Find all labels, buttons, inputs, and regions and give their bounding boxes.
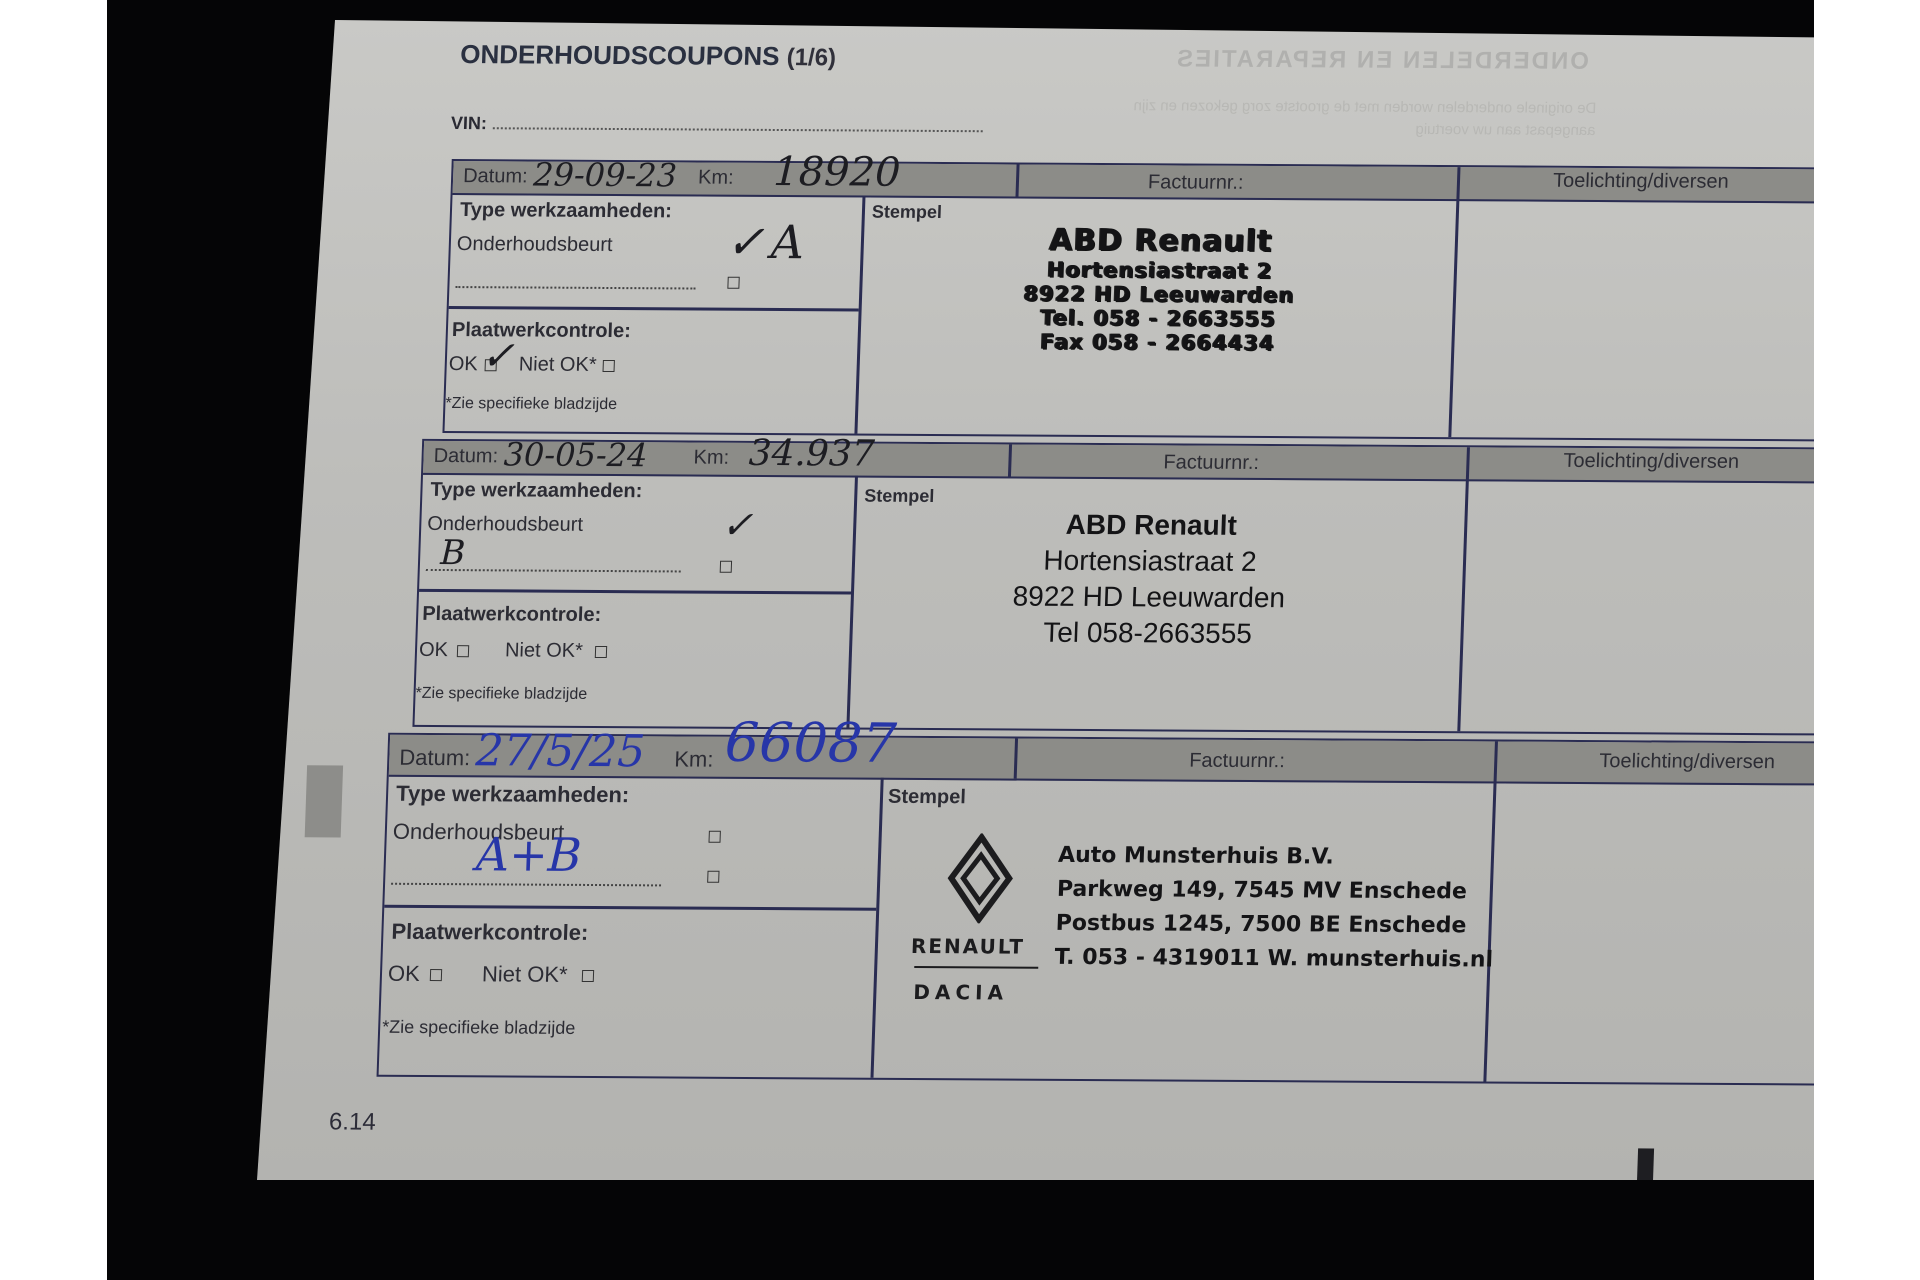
plaatwerkcontrole-label: Plaatwerkcontrole: <box>391 919 589 946</box>
stempel-label: Stempel <box>888 786 967 809</box>
ok-checkbox[interactable] <box>457 645 469 657</box>
checkbox[interactable] <box>708 831 720 843</box>
dealer-stamp: ABD Renault Hortensiastraat 2 8922 HD Le… <box>977 222 1341 355</box>
toelichting-label: Toelichting/diversen <box>1563 450 1739 474</box>
km-value: 34.937 <box>748 433 875 475</box>
niet-ok-checkbox[interactable] <box>582 970 594 982</box>
dealer-stamp: ABD Renault Hortensiastraat 2 8922 HD Le… <box>977 506 1322 652</box>
page-number: 6.14 <box>328 1108 376 1136</box>
ok-label: OK <box>388 961 421 987</box>
datum-label: Datum: <box>463 165 528 188</box>
service-coupon-3: Datum: 27/5/25 Km: 66087 Factuurnr.: Toe… <box>377 733 1814 1086</box>
checkbox[interactable] <box>720 561 732 573</box>
booklet-page: ONDERDELEN EN REPARATIES De originele on… <box>257 20 1814 1180</box>
km-label: Km: <box>693 447 729 470</box>
datum-value: 30-05-24 <box>503 435 648 474</box>
type-werkzaamheden-label: Type werkzaamheden: <box>430 479 643 503</box>
dealer-stamp: Auto Munsterhuis B.V. Parkweg 149, 7545 … <box>1054 839 1497 978</box>
type-werkzaamheden-label: Type werkzaamheden: <box>396 781 630 808</box>
footnote: *Zie specifieke bladzijde <box>415 685 587 704</box>
km-label: Km: <box>674 746 714 772</box>
page-tab-marker <box>305 765 343 837</box>
ok-checkbox[interactable] <box>430 969 442 981</box>
datum-value: 29-09-23 <box>533 155 678 194</box>
footnote: *Zie specifieke bladzijde <box>445 395 617 414</box>
stempel-label: Stempel <box>872 202 943 223</box>
extra-service-value: B <box>440 533 466 573</box>
type-werkzaamheden-label: Type werkzaamheden: <box>460 199 673 223</box>
datum-value: 27/5/25 <box>475 725 646 777</box>
km-label: Km: <box>698 167 734 190</box>
km-value: 66087 <box>724 711 898 775</box>
toelichting-label: Toelichting/diversen <box>1553 170 1729 194</box>
factuurnr-label: Factuurnr.: <box>1163 451 1259 475</box>
vin-field: VIN: <box>451 113 984 137</box>
service-coupon-2: Datum: 30-05-24 Km: 34.937 Factuurnr.: T… <box>412 439 1814 736</box>
factuurnr-label: Factuurnr.: <box>1189 750 1285 774</box>
toelichting-label: Toelichting/diversen <box>1599 750 1775 774</box>
dacia-wordmark: DACIA <box>913 980 1008 1005</box>
niet-ok-checkbox[interactable] <box>603 360 615 372</box>
renault-logo-icon <box>944 833 1017 923</box>
factuurnr-label: Factuurnr.: <box>1148 171 1244 195</box>
page-title: ONDERHOUDSCOUPONS (1/6) <box>460 39 837 72</box>
onderhoudsbeurt-label: Onderhoudsbeurt <box>456 233 612 257</box>
section-marker <box>1637 1148 1654 1184</box>
service-type-value: A <box>770 215 805 269</box>
check-mark-icon: ✓ <box>480 333 515 379</box>
vin-dotted-line <box>493 113 983 132</box>
ok-label: OK <box>419 639 449 662</box>
niet-ok-label: Niet OK* <box>505 639 584 662</box>
footnote: *Zie specifieke bladzijde <box>382 1017 576 1039</box>
datum-label: Datum: <box>399 745 471 771</box>
niet-ok-label: Niet OK* <box>518 353 597 376</box>
stempel-label: Stempel <box>864 486 935 507</box>
bleed-through-heading: ONDERDELEN EN REPARATIES <box>1175 45 1590 76</box>
check-mark-icon: ✓ <box>721 503 754 547</box>
service-coupon-1: Datum: 29-09-23 Km: 18920 Factuurnr.: To… <box>442 159 1814 441</box>
booklet-photo: ONDERDELEN EN REPARATIES De originele on… <box>107 0 1814 1280</box>
extra-service-value: A+B <box>475 827 582 882</box>
niet-ok-label: Niet OK* <box>482 961 568 988</box>
plaatwerkcontrole-label: Plaatwerkcontrole: <box>452 319 632 343</box>
datum-label: Datum: <box>433 445 498 468</box>
checkbox[interactable] <box>727 277 739 289</box>
niet-ok-checkbox[interactable] <box>595 646 607 658</box>
plaatwerkcontrole-label: Plaatwerkcontrole: <box>422 603 602 627</box>
ok-label: OK <box>448 353 478 376</box>
checkbox[interactable] <box>707 871 719 883</box>
check-mark-icon: ✓ <box>725 215 765 269</box>
bleed-through-text: De originele onderdelen worden met de gr… <box>1132 95 1596 142</box>
km-value: 18920 <box>773 149 902 196</box>
renault-wordmark: RENAULT <box>911 934 1026 959</box>
